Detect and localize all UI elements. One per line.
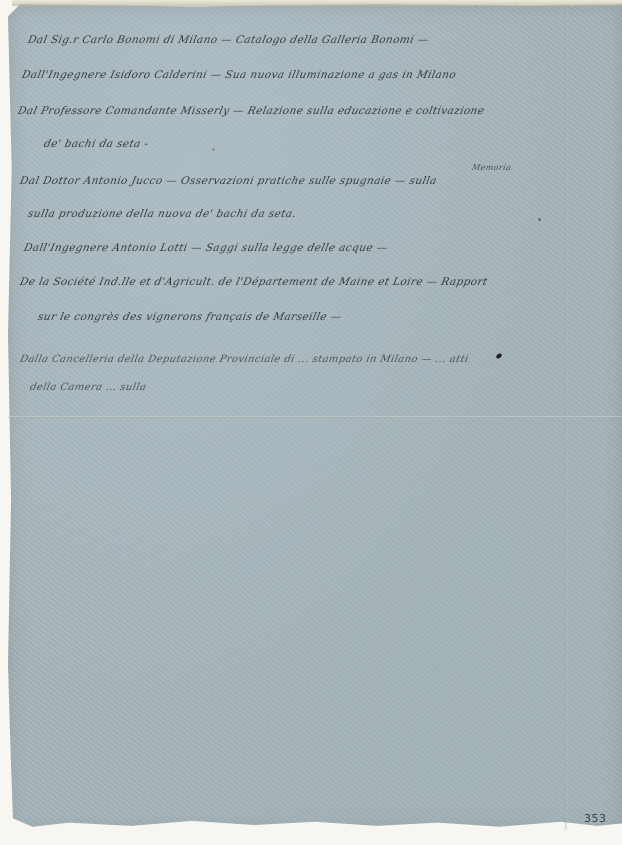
interlinear-note: Memoria [471,163,512,172]
entry-line: de' bachi da seta - [43,138,150,150]
page-number: 353 [584,812,607,825]
entry-line: Dal Dottor Antonio Jucco — Osservazioni … [19,175,438,187]
entry-line: De la Société Ind.lle et d'Agricult. de … [19,276,489,288]
entry-line: Dall'Ingegnere Antonio Lotti — Saggi sul… [23,242,389,254]
entry-line: Dalla Cancelleria della Deputazione Prov… [19,354,470,365]
entry-line: della Camera ... sulla [29,382,148,393]
paper-spot [212,148,215,151]
handwritten-entries: Dal Sig.r Carlo Bonomi di Milano — Catal… [0,0,622,845]
scanned-document: Dal Sig.r Carlo Bonomi di Milano — Catal… [0,0,622,845]
entry-line: Dall'Ingegnere Isidoro Calderini — Sua n… [21,69,458,81]
entry-line: sur le congrès des vignerons français de… [37,311,343,323]
entry-line: Dal Sig.r Carlo Bonomi di Milano — Catal… [27,34,430,46]
paper-spot [538,218,541,221]
entry-line: Dal Professore Comandante Misserly — Rel… [17,105,486,117]
entry-line: sulla produzione della nuova de' bachi d… [27,208,298,220]
